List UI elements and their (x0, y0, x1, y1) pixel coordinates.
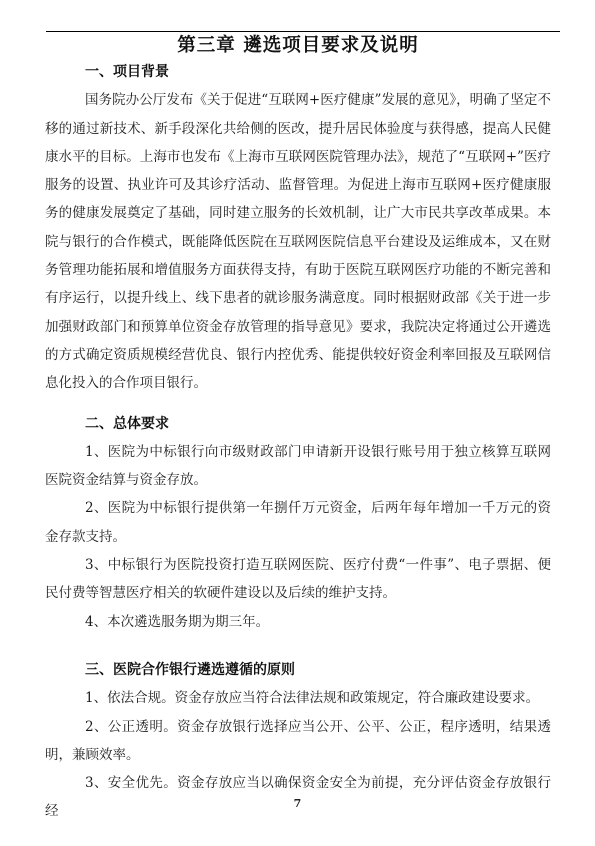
section-3-heading: 三、医院合作银行遴选遵循的原则 (45, 656, 551, 684)
section-2-item-4: 4、本次遴选服务期为期三年。 (45, 608, 551, 636)
chapter-title: 第三章 遴选项目要求及说明 (45, 33, 551, 58)
document-page: 第三章 遴选项目要求及说明 一、项目背景 国务院办公厅发布《关于促进“互联网+医… (0, 0, 595, 846)
section-1-heading: 一、项目背景 (45, 58, 551, 86)
section-1-paragraph: 国务院办公厅发布《关于促进“互联网+医疗健康”发展的意见》，明确了坚定不移的通过… (45, 86, 551, 397)
section-3-item-1: 1、依法合规。资金存放应当符合法律法规和政策规定，符合廉政建设要求。 (45, 684, 551, 712)
document-content: 第三章 遴选项目要求及说明 一、项目背景 国务院办公厅发布《关于促进“互联网+医… (45, 0, 551, 826)
section-2-item-1: 1、医院为中标银行向市级财政部门申请新开设银行账号用于独立核算互联网医院资金结算… (45, 438, 551, 495)
section-project-background: 一、项目背景 国务院办公厅发布《关于促进“互联网+医疗健康”发展的意见》，明确了… (45, 58, 551, 398)
section-2-item-2: 2、医院为中标银行提供第一年捌仟万元资金，后两年每年增加一千万元的资金存款支持。 (45, 494, 551, 551)
section-2-heading: 二、总体要求 (45, 410, 551, 438)
section-2-item-3: 3、中标银行为医院投资打造互联网医院、医疗付费“一件事”、电子票据、便民付费等智… (45, 551, 551, 608)
section-overall-requirements: 二、总体要求 1、医院为中标银行向市级财政部门申请新开设银行账号用于独立核算互联… (45, 410, 551, 636)
section-3-item-2: 2、公正透明。资金存放银行选择应当公开、公平、公正，程序透明，结果透明，兼顾效率… (45, 713, 551, 770)
page-number: 7 (0, 797, 595, 810)
